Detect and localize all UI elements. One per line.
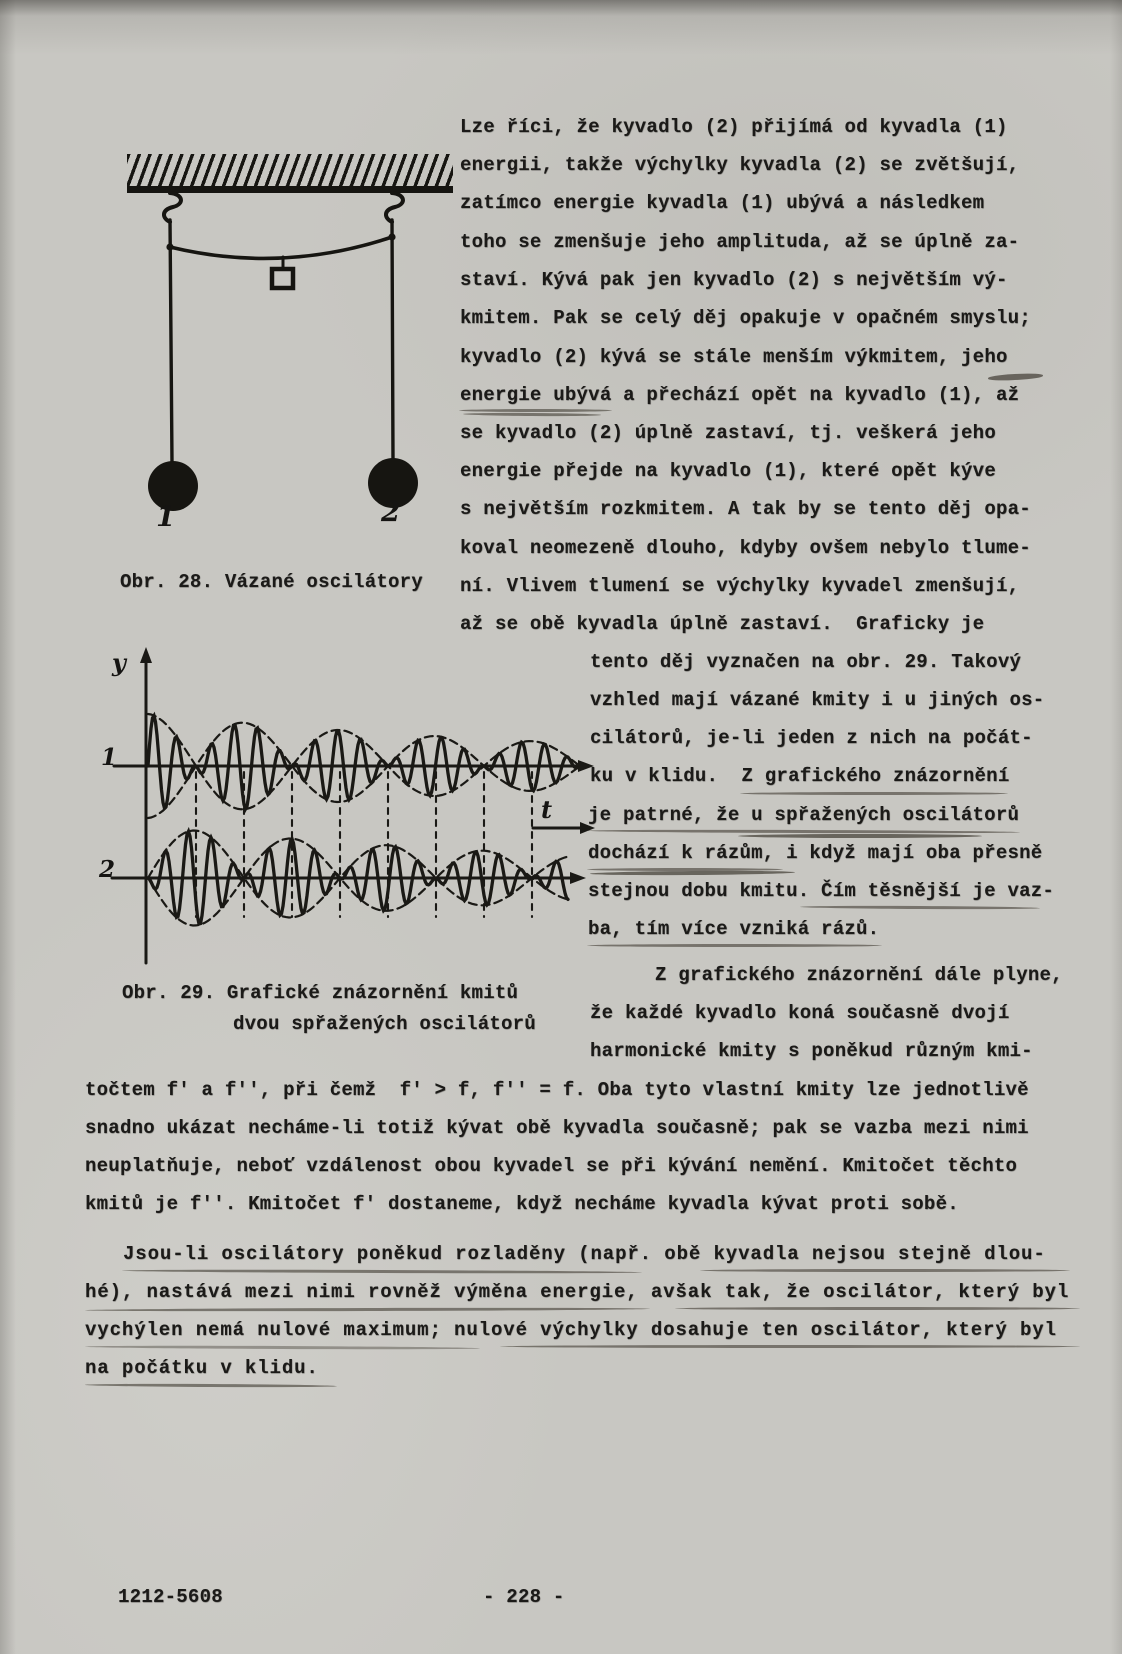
- left-string: [170, 220, 172, 462]
- text-line: tento děj vyznačen na obr. 29. Takový: [590, 650, 1021, 675]
- trace1-envelope-lower: [148, 723, 577, 818]
- pencil-underline: [740, 792, 1008, 795]
- text-line: kmitů je f''. Kmitočet f' dostaneme, kdy…: [85, 1192, 959, 1217]
- text-line: Lze říci, že kyvadlo (2) přijímá od kyva…: [460, 115, 1008, 140]
- text-line: se kyvadlo (2) úplně zastaví, tj. vešker…: [460, 421, 996, 446]
- right-hook: [386, 193, 403, 222]
- pencil-underline: [85, 1383, 337, 1387]
- pencil-underline: [587, 944, 882, 947]
- text-line: harmonické kmity s poněkud různým kmi-: [590, 1039, 1033, 1064]
- text-line: s největším rozkmitem. A tak by se tento…: [460, 497, 1031, 522]
- left-cord-knot: [166, 243, 173, 250]
- trace1-envelope-upper: [148, 714, 577, 809]
- text-line: snadno ukázat necháme-li totiž kývat obě…: [85, 1116, 1029, 1141]
- text-line: je patrné, že u spřažených oscilátorů: [588, 803, 1019, 828]
- text-line: Jsou-li oscilátory poněkud rozladěny (na…: [123, 1242, 1046, 1267]
- figure-29-caption-line1: Obr. 29. Grafické znázornění kmitů: [122, 981, 518, 1006]
- text-line: neuplatňuje, neboť vzdálenost obou kyvad…: [85, 1154, 1017, 1179]
- pencil-underline: [85, 1345, 480, 1350]
- text-line: dochází k rázům, i když mají oba přesně: [588, 841, 1042, 866]
- text-line: že každé kyvadlo koná současně dvojí: [590, 1001, 1009, 1026]
- trace-1-label: 1: [101, 744, 117, 771]
- scanned-book-page: 1 2 Obr. 28. Vázané oscilátory y 1 2 t O…: [0, 0, 1122, 1654]
- text-line: energie ubývá a přechází opět na kyvadlo…: [460, 383, 1019, 408]
- figure-29-caption-line2: dvou spřažených oscilátorů: [233, 1012, 536, 1037]
- page-number: - 228 -: [483, 1585, 565, 1610]
- text-line: až se obě kyvadla úplně zastaví. Grafick…: [460, 612, 984, 637]
- pencil-underline: [85, 1307, 650, 1311]
- pendulum-2-label: 2: [381, 495, 400, 528]
- coupling-cord: [170, 237, 392, 258]
- text-line: cilátorů, je-li jeden z nich na počát-: [590, 726, 1033, 751]
- text-line: hé), nastává mezi nimi rovněž výměna ene…: [85, 1280, 1069, 1305]
- text-line: kmitem. Pak se celý děj opakuje v opačné…: [460, 306, 1031, 331]
- figure-28-caption: Obr. 28. Vázané oscilátory: [120, 570, 423, 595]
- pencil-underline: [122, 1269, 642, 1274]
- right-cord-knot: [388, 233, 395, 240]
- pencil-smudge: [988, 373, 1043, 382]
- text-line: staví. Kývá pak jen kyvadlo (2) s největ…: [460, 268, 1008, 293]
- text-line: vzhled mají vázané kmity i u jiných os-: [590, 688, 1044, 713]
- text-line: energii, takže výchylky kyvadla (2) se z…: [460, 153, 1019, 178]
- print-code: 1212-5608: [118, 1585, 223, 1610]
- left-hook: [164, 193, 181, 222]
- text-line: vychýlen nemá nulové maximum; nulové výc…: [85, 1318, 1057, 1343]
- t-axis-label: t: [541, 795, 552, 824]
- text-line: zatímco energie kyvadla (1) ubývá a násl…: [460, 191, 984, 216]
- pencil-underline: [675, 1307, 1080, 1310]
- pencil-underline: [590, 870, 795, 875]
- text-line: energie přejde na kyvadlo (1), které opě…: [460, 459, 996, 484]
- text-line: toho se zmenšuje jeho amplituda, až se ú…: [460, 230, 1019, 255]
- y-axis-label: y: [112, 648, 126, 677]
- pencil-underline: [738, 834, 982, 838]
- pencil-underline: [459, 409, 612, 412]
- right-string: [392, 220, 393, 459]
- y-axis-arrow: [140, 647, 152, 663]
- pencil-underline: [587, 829, 1020, 834]
- text-line: stejnou dobu kmitu. Čím těsnější je vaz-: [588, 879, 1054, 904]
- pencil-underline: [800, 905, 1040, 909]
- pencil-underline: [700, 1269, 1070, 1272]
- pencil-underline: [500, 1345, 1080, 1348]
- pendulum-1-label: 1: [156, 500, 175, 533]
- pencil-underline: [463, 413, 601, 417]
- text-line: ní. Vlivem tlumení se výchylky kyvadel z…: [460, 574, 1019, 599]
- coupling-weight: [272, 269, 293, 288]
- text-line: koval neomezeně dlouho, kdyby ovšem neby…: [460, 536, 1031, 561]
- text-line: točtem f' a f'', při čemž f' > f, f'' = …: [85, 1078, 1029, 1103]
- trace-2-label: 2: [99, 856, 115, 883]
- text-line: ku v klidu. Z grafického znázornění: [590, 764, 1009, 789]
- text-line: na počátku v klidu.: [85, 1356, 319, 1381]
- trace2-axis-arrow: [570, 872, 586, 884]
- text-line: Z grafického znázornění dále plyne,: [655, 963, 1063, 988]
- trace1-wave: [148, 716, 577, 809]
- text-line: kyvadlo (2) kývá se stále menším výkmite…: [460, 345, 1008, 370]
- text-line: ba, tím více vzniká rázů.: [588, 917, 879, 942]
